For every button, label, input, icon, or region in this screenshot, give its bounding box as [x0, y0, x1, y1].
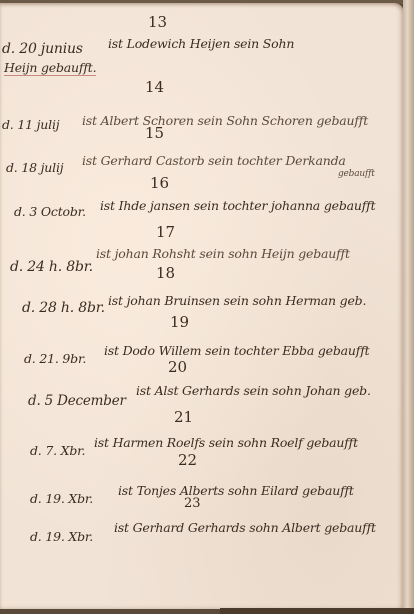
entry-date: d. 11 julij	[2, 117, 59, 132]
entry-continuation: Heijn gebaufft.	[4, 60, 96, 76]
entry-text: ist Gerhard Castorb sein tochter Derkand…	[82, 153, 346, 168]
register-page: 13 d. 20 junius ist Lodewich Heijen sein…	[0, 3, 404, 609]
entry-date: d. 3 Octobr.	[14, 204, 86, 219]
entry-number: 13	[148, 13, 167, 31]
entry-date: d. 19. Xbr.	[30, 529, 93, 544]
entry-text: ist Lodewich Heijen sein Sohn	[108, 36, 294, 51]
entry-date: d. 7. Xbr.	[30, 443, 85, 458]
entry-text: ist Alst Gerhards sein sohn Johan geb.	[136, 383, 371, 398]
entry-date: d. 5 December	[28, 393, 126, 409]
entry-text: ist Gerhard Gerhards sohn Albert gebauff…	[114, 520, 376, 535]
entry-number: 16	[150, 174, 169, 192]
entry-number: 23	[184, 496, 201, 511]
entry-number: 14	[145, 78, 164, 96]
entry-number: 21	[174, 408, 193, 426]
entry-date: d. 19. Xbr.	[30, 491, 93, 506]
entry-number: 17	[156, 223, 175, 241]
entry-date: d. 20 junius	[2, 41, 83, 57]
page-bottom-edge	[220, 608, 414, 614]
entry-text: ist johan Bruinsen sein sohn Herman geb.	[108, 293, 366, 308]
page-fold-edge	[403, 0, 414, 614]
entry-date: d. 28 h. 8br.	[22, 300, 105, 316]
entry-number: 18	[156, 264, 175, 282]
entry-number: 19	[170, 313, 189, 331]
entry-text: ist Harmen Roelfs sein sohn Roelf gebauf…	[94, 435, 358, 450]
entry-number: 22	[178, 451, 197, 469]
entry-date: d. 18 julij	[6, 160, 63, 175]
entry-date: d. 24 h. 8br.	[10, 259, 93, 275]
entry-text: ist Albert Schoren sein Sohn Schoren geb…	[82, 113, 368, 128]
entry-continuation: gebaufft	[338, 169, 375, 179]
entry-text: ist johan Rohsht sein sohn Heijn gebauff…	[96, 246, 350, 261]
entry-text: ist Tonjes Alberts sohn Eilard gebaufft	[118, 483, 354, 498]
entry-text: ist Ihde jansen sein tochter johanna geb…	[100, 198, 375, 213]
entry-text: ist Dodo Willem sein tochter Ebba gebauf…	[104, 343, 369, 358]
entry-number: 15	[145, 124, 164, 142]
entry-date: d. 21. 9br.	[24, 351, 86, 366]
entry-number: 20	[168, 358, 187, 376]
